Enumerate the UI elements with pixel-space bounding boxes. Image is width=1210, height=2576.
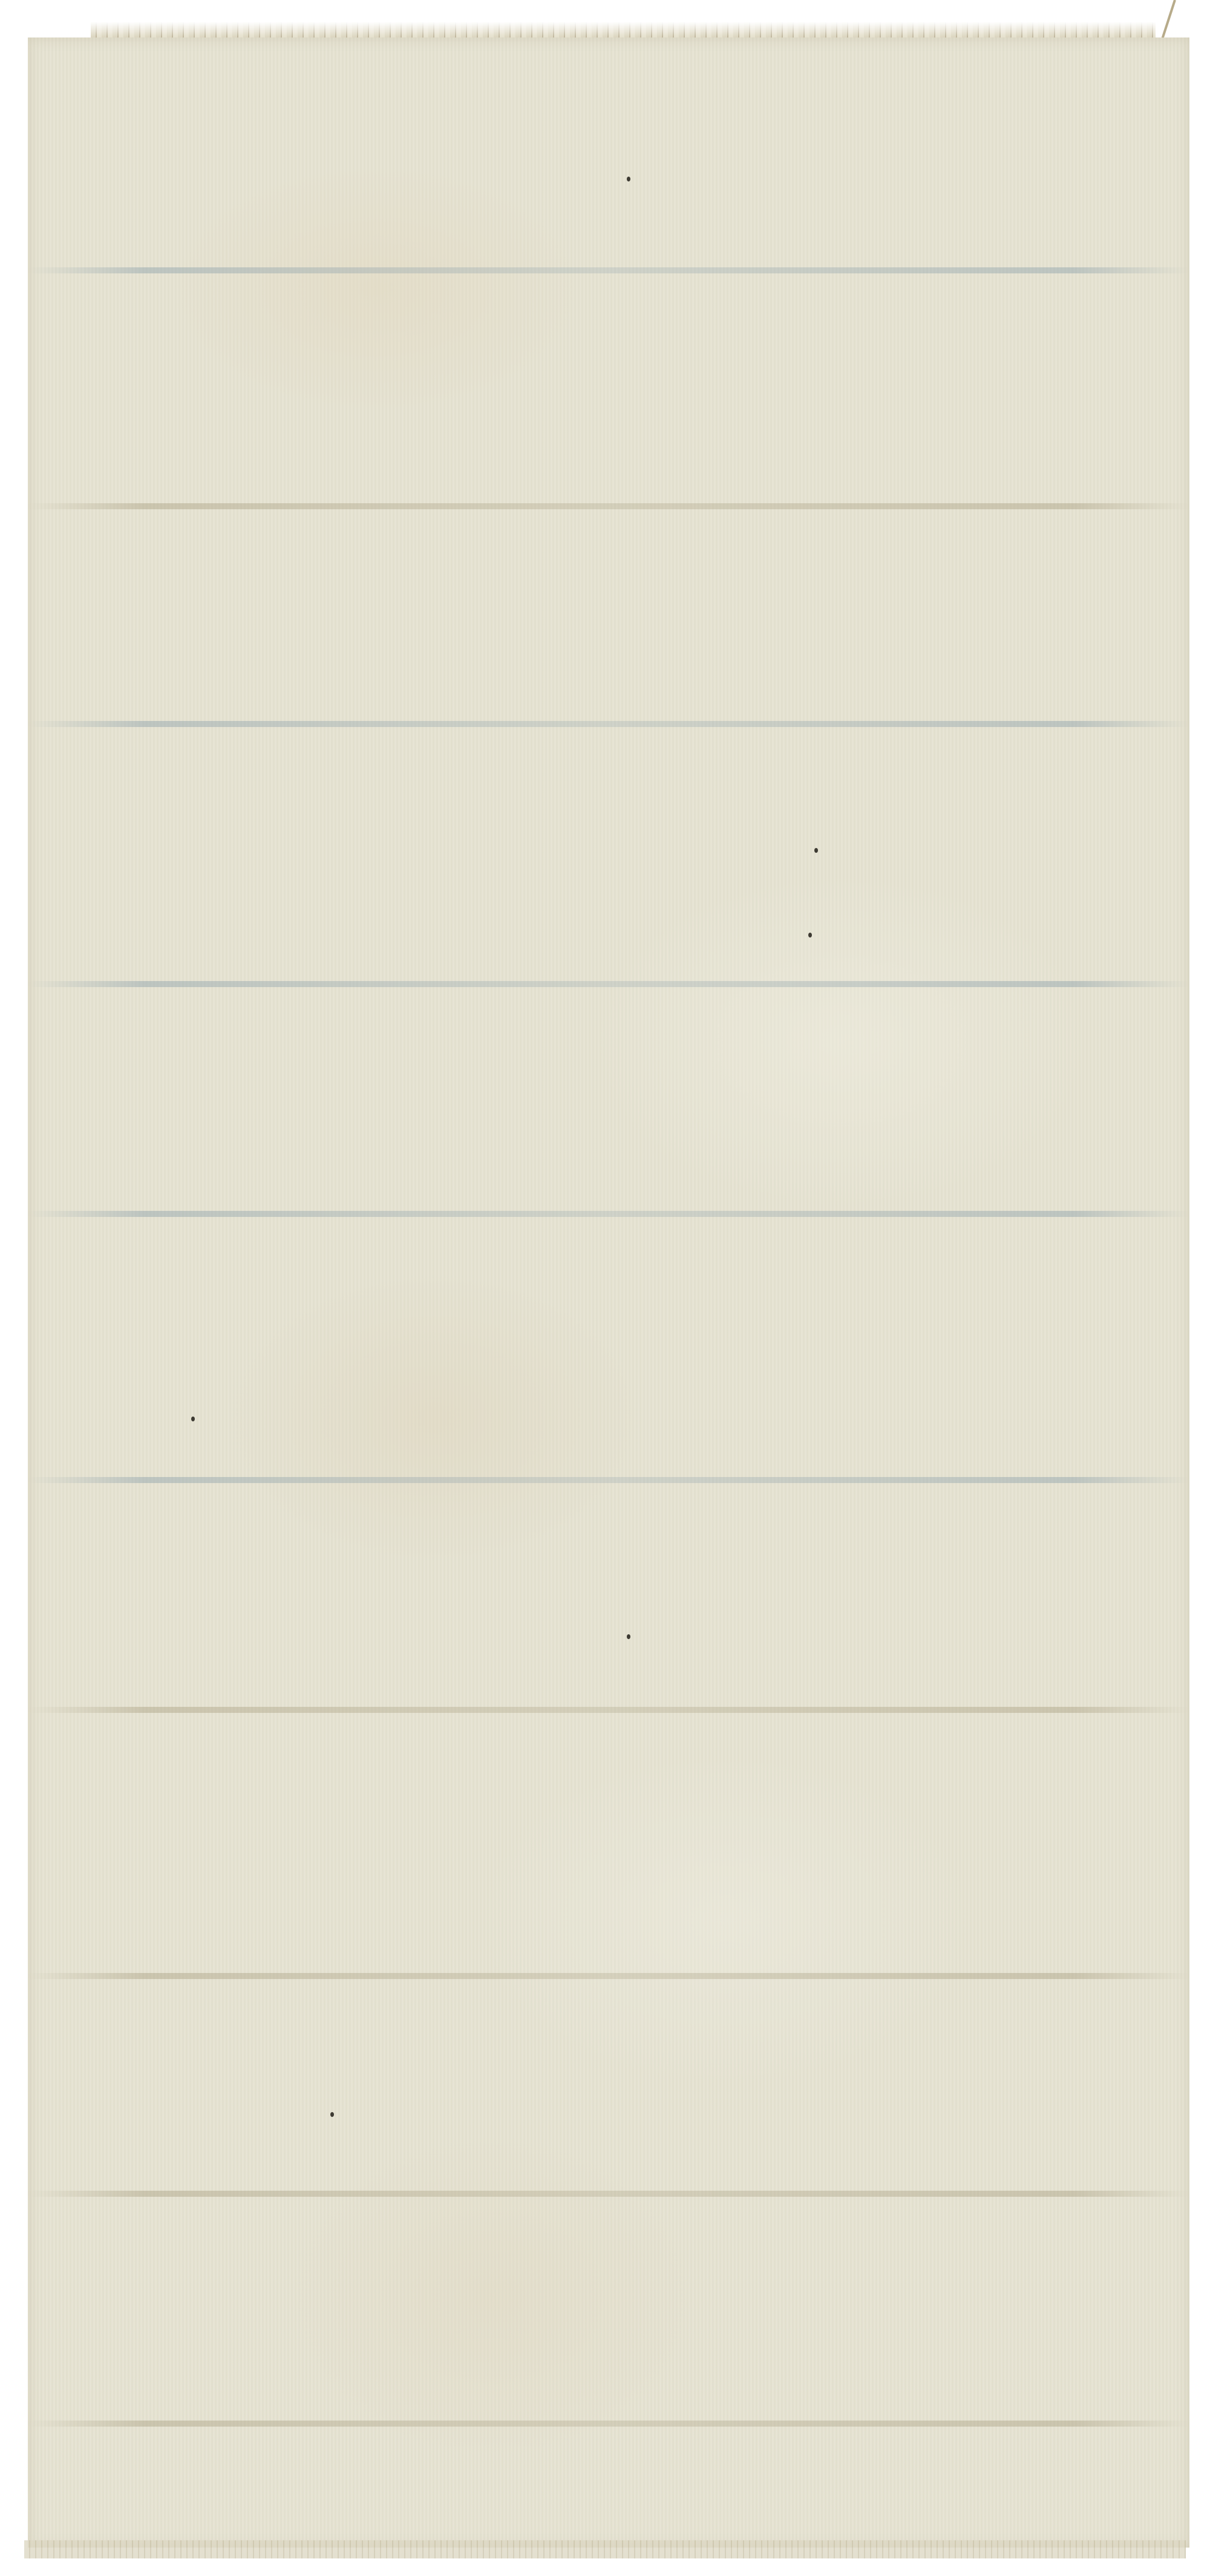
rug-stripe bbox=[28, 1211, 1189, 1217]
rug-stripe bbox=[28, 981, 1189, 987]
rug-stripe bbox=[28, 1477, 1189, 1483]
rug-speck bbox=[191, 1417, 195, 1421]
rug-speck bbox=[330, 2112, 334, 2117]
rug-stripe bbox=[28, 721, 1189, 727]
rug-stripe bbox=[28, 267, 1189, 273]
rug-speck bbox=[814, 848, 818, 853]
rug bbox=[28, 37, 1189, 2548]
rug-stripe bbox=[28, 2421, 1189, 2427]
rug-speck bbox=[808, 933, 812, 937]
loose-thread bbox=[1160, 0, 1176, 41]
rug-speck bbox=[627, 177, 630, 181]
rug-bottom-fringe bbox=[24, 2540, 1186, 2558]
rug-stripe bbox=[28, 2191, 1189, 2197]
rug-speck bbox=[627, 1634, 630, 1639]
rug-stripe bbox=[28, 503, 1189, 509]
rug-stripe bbox=[28, 1707, 1189, 1713]
rug-stripe bbox=[28, 1973, 1189, 1979]
